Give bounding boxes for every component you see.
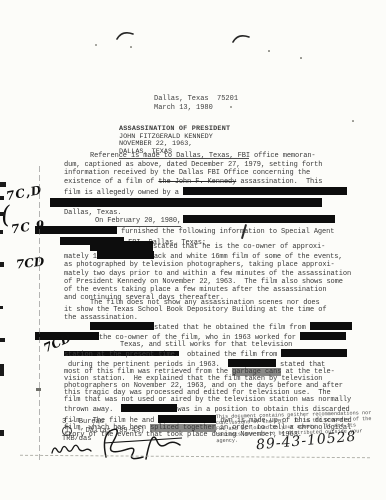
text-segment: Texas, and still works for that televisi… (120, 341, 292, 349)
scan-speck (352, 120, 354, 122)
text-segment: dum, captioned as above, dated December … (64, 161, 322, 169)
document-line: as photographed by television photograph… (64, 261, 376, 269)
text-segment: film is allegedly owned by a (64, 189, 183, 197)
scan-edge-mark (0, 364, 4, 376)
margin-exemption-mark: 7C,D (5, 183, 43, 203)
document-line: stated that he is the co-owner of approx… (64, 241, 376, 251)
address-line: Dallas, Texas 75201 (154, 95, 238, 104)
document-line: Texas, and still works for that televisi… (64, 342, 376, 349)
scan-edge-mark (0, 262, 4, 267)
document-line: dum, captioned as above, dated December … (64, 161, 376, 170)
paragraph-film-description: stated that he is the co-owner of approx… (64, 241, 376, 302)
text-segment: furnished the following information to S… (117, 228, 334, 236)
dateline: Dallas, Texas 75201 March 13, 1980 (154, 95, 238, 113)
redaction-bar (281, 349, 347, 357)
document-line: of President Kennedy on November 22, 196… (64, 278, 376, 286)
document-line: information received by the Dallas FBI O… (64, 169, 376, 178)
redaction-bar (97, 251, 154, 259)
redaction-bar (183, 187, 347, 195)
paragraph-reference: Reference is made to Dallas, Texas, FBI … (64, 152, 376, 218)
text-segment: existence of a film of (64, 178, 158, 186)
document-line: the assassination. (64, 315, 376, 322)
scan-speck (300, 57, 302, 59)
text-segment: assassination. This (236, 178, 322, 186)
scan-edge-mark (0, 230, 3, 234)
scan-edge-mark (0, 338, 5, 342)
redaction-bar (310, 322, 352, 330)
title-line: ASSASSINATION OF PRESIDENT (119, 126, 249, 134)
margin-exemption-mark: 7CD (15, 255, 45, 272)
text-segment: the John F. Kennedy (158, 178, 236, 186)
text-segment (179, 351, 187, 359)
text-segment: ack and white 16mm film of some of the e… (154, 253, 343, 261)
scan-speck (130, 46, 132, 48)
document-line: station at the present time. obtained th… (64, 349, 376, 359)
redaction-bar (35, 226, 117, 234)
redaction-bar (90, 322, 154, 330)
scan-speck (95, 44, 97, 46)
document-line: furnished the following information to S… (35, 226, 376, 237)
document-line: mately 1ack and white 16mm film of some … (64, 251, 376, 261)
scan-edge-mark (0, 430, 4, 436)
document-line: film that was not used or aired by the t… (64, 397, 376, 404)
document-line: stated that he obtained the film from (64, 322, 376, 332)
pen-check-mark (232, 33, 252, 44)
text-segment: obtained the film from (187, 351, 281, 359)
redaction-bar (183, 215, 335, 223)
document-line: Reference is made to Dallas, Texas, FBI … (64, 152, 376, 161)
redaction-bar (158, 415, 216, 423)
redaction-bar (300, 332, 346, 340)
text-segment: stated that he obtained the film from (154, 324, 310, 332)
text-segment: of the events taking place a few minutes… (64, 286, 326, 294)
document-line (50, 198, 376, 210)
text-segment: Reference is made to Dallas, Texas, FBI … (90, 152, 316, 160)
scan-edge-mark (36, 388, 41, 391)
document-line: of the events taking place a few minutes… (64, 286, 376, 294)
document-line: mately two days prior to and within a fe… (64, 270, 376, 278)
redaction-bar (121, 404, 177, 412)
text-segment: thrown away. (64, 406, 121, 414)
text-segment: the assassination. (64, 314, 138, 322)
redaction-bar (228, 359, 276, 367)
text-segment: information received by the Dallas FBI O… (64, 169, 310, 177)
document-line: existence of a film of the John F. Kenne… (64, 178, 376, 187)
date-line: March 13, 1980 (154, 104, 238, 113)
document-line: On February 20, 1980, (64, 215, 376, 226)
text-segment: film that was not used or aired by the t… (64, 396, 351, 404)
scan-edge-mark (0, 196, 4, 200)
scan-edge-mark (0, 306, 3, 309)
scan-edge-mark (0, 182, 6, 187)
text-segment: mately two days prior to and within a fe… (64, 270, 351, 278)
text-segment: stated that he is the co-owner of approx… (153, 243, 325, 251)
text-segment: as photographed by television photograph… (64, 261, 335, 269)
scanned-fbi-memo-page: Dallas, Texas 75201 March 13, 1980 ASSAS… (0, 0, 386, 500)
text-segment: mately 1 (64, 253, 97, 261)
document-line: film is allegedly owned by a (64, 187, 376, 198)
text-segment: of President Kennedy on November 22, 196… (64, 278, 343, 286)
pen-check-mark (116, 30, 136, 41)
paragraph-film-limitations: The film does not show any assassination… (64, 300, 376, 322)
redaction-bar (50, 198, 322, 207)
redaction-bar (90, 241, 153, 251)
scan-fold-line (39, 166, 40, 462)
text-segment: station at the present time. (64, 351, 179, 359)
scan-edge-mark (0, 212, 5, 216)
scan-speck (268, 50, 270, 52)
